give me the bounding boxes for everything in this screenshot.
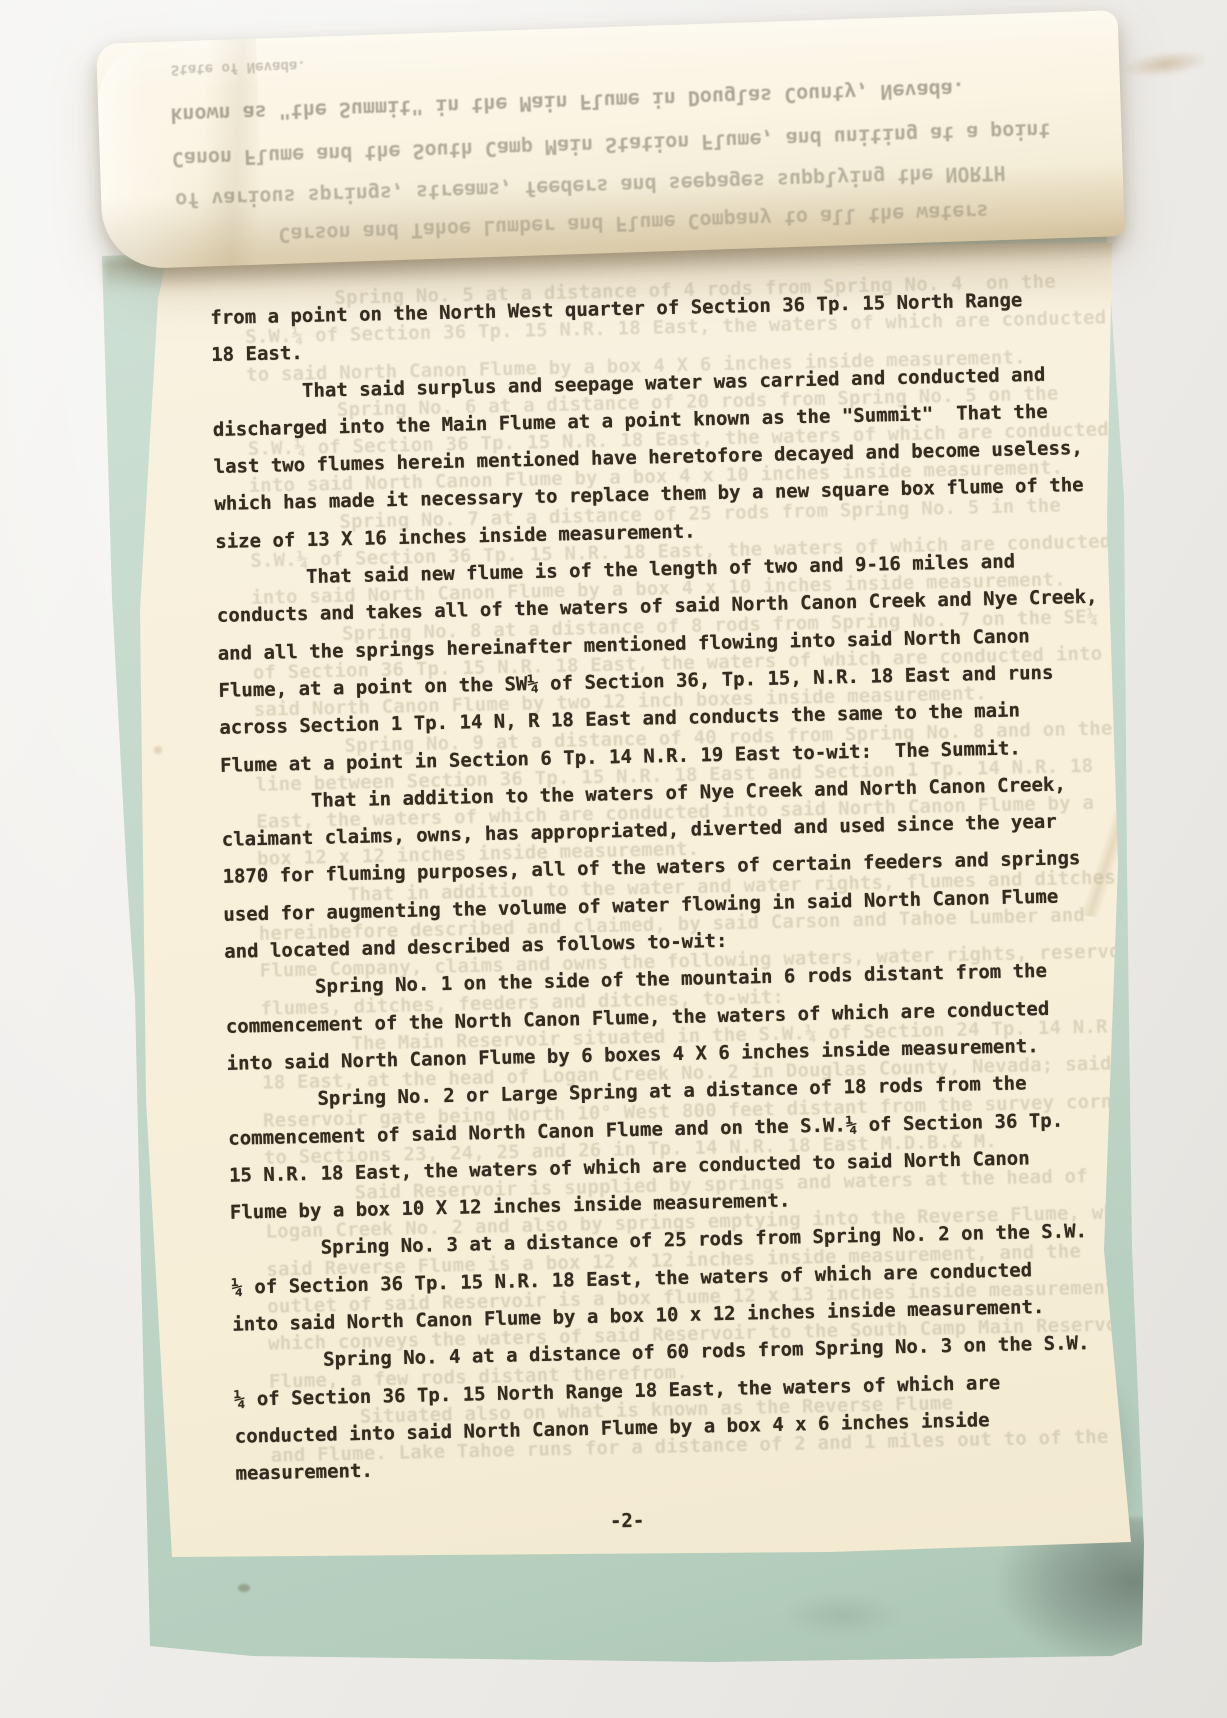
mirrored-line: Carson and Tahoe Lumber and Flume Compan… <box>278 200 989 248</box>
photo-backdrop: Spring No. 5 at a distance of 4 rods fro… <box>0 0 1227 1718</box>
typed-text: from a point on the North West quarter o… <box>210 280 1156 1493</box>
stain <box>154 746 162 754</box>
curled-over-page: State of Nevada.known as "the Summit" in… <box>96 10 1125 270</box>
stain <box>1121 47 1209 81</box>
page-number: -2- <box>610 1510 645 1533</box>
mirrored-line: known as "the Summit" in the Main Flume … <box>170 77 965 127</box>
mirrored-line: State of Nevada. <box>171 57 306 77</box>
stain <box>238 1584 250 1592</box>
document-page: Spring No. 5 at a distance of 4 rods fro… <box>140 228 1140 1562</box>
stain <box>782 1593 902 1638</box>
